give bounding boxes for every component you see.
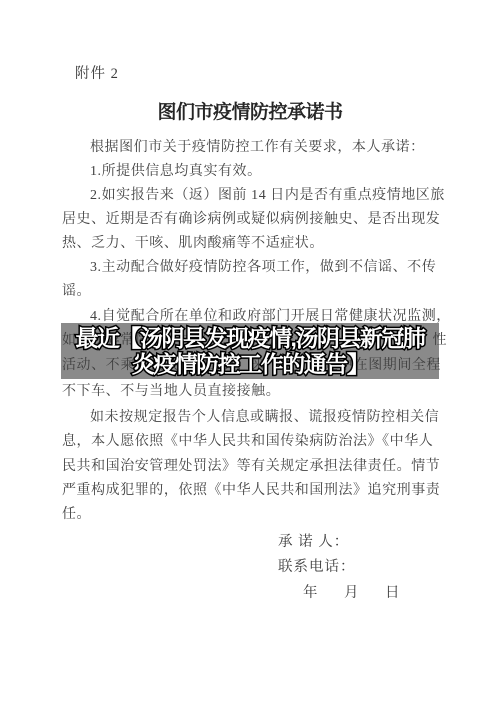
document-title: 图们市疫情防控承诺书 [0, 97, 500, 124]
doc-line: 如未按规定报告个人信息或瞒报、谎报疫情防控相关信 [90, 410, 439, 425]
doc-line: 任。 [62, 507, 91, 522]
doc-line: 不下车、不与当地人员直接接触。 [62, 384, 280, 399]
doc-line: 根据图们市关于疫情防控工作有关要求，本人承诺： [90, 140, 425, 155]
date-line: 年 月 日 [303, 581, 406, 602]
doc-line: 息，本人愿依照《中华人民共和国传染病防治法》《中华人 [62, 434, 433, 449]
doc-line: 民共和国治安管理处罚法》等有关规定承担法律责任。情节 [62, 459, 440, 474]
caption-line-1: 最近【汤阴县发现疫情,汤阴县新冠肺 [76, 325, 425, 351]
doc-line: 1.所提供信息均真实有效。 [90, 164, 262, 179]
signer-label: 承 诺 人： [278, 530, 349, 551]
doc-line: 4.自觉配合所在单位和政府部门开展日常健康状况监测， [90, 309, 451, 324]
doc-line: 热、乏力、干咳、肌肉酸痛等不适症状。 [62, 236, 324, 251]
caption-line-2: 炎疫情防控工作的通告】 [132, 351, 369, 377]
phone-label: 联系电话： [278, 555, 356, 576]
doc-line: 严重构成犯罪的，依照《中华人民共和国刑法》追究刑事责 [62, 483, 440, 498]
doc-line: 居史、近期是否有确诊病例或疑似病例接触史、是否出现发 [62, 212, 440, 227]
doc-line: 2.如实报告来（返）图前 14 日内是否有重点疫情地区旅 [90, 188, 445, 203]
caption-banner-overlay: 最近【汤阴县发现疫情,汤阴县新冠肺 炎疫情防控工作的通告】 [61, 323, 439, 379]
document-page: 附件 2 图们市疫情防控承诺书 根据图们市关于疫情防控工作有关要求，本人承诺： … [0, 0, 500, 707]
doc-line: 谣。 [62, 284, 91, 299]
attachment-label: 附件 2 [75, 62, 119, 83]
doc-line: 3.主动配合做好疫情防控各项工作，做到不信谣、不传 [90, 260, 436, 275]
